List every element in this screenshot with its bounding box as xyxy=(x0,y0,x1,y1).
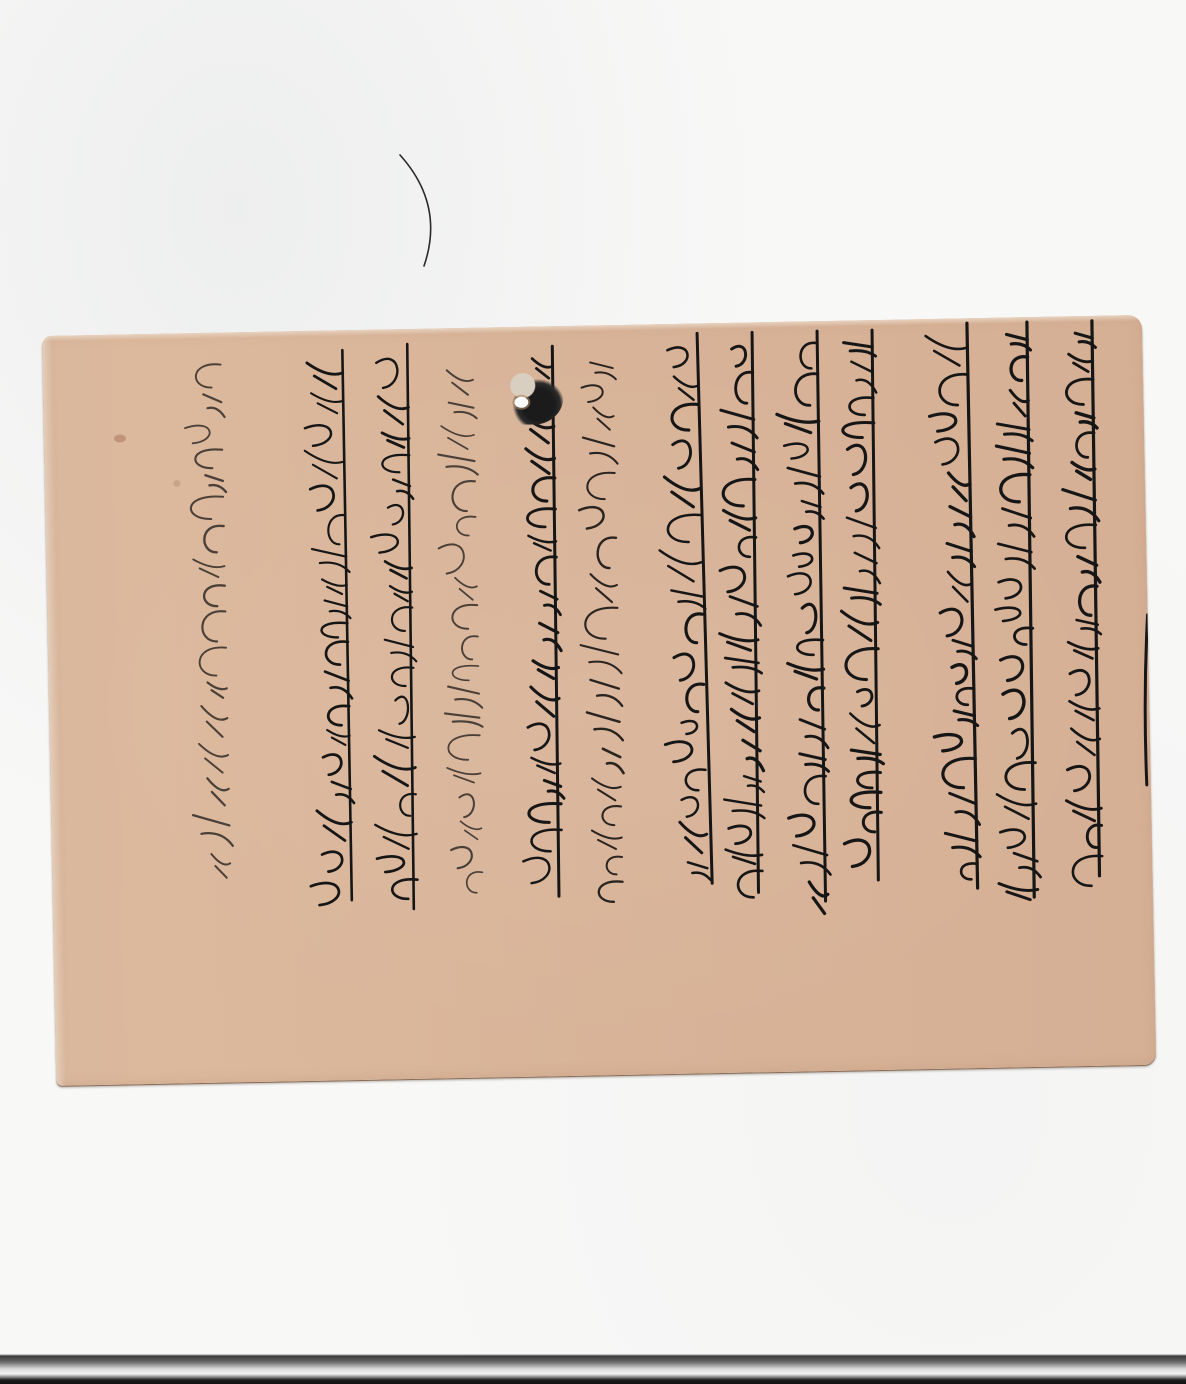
text-line-1 xyxy=(184,364,234,878)
text-line-10 xyxy=(835,330,886,881)
text-line-7 xyxy=(655,333,712,884)
text-line-12 xyxy=(988,322,1041,900)
text-line-2 xyxy=(301,350,356,905)
text-line-8 xyxy=(714,332,766,898)
handwritten-text-lines xyxy=(42,315,1156,1086)
text-line-9 xyxy=(775,331,831,914)
text-line-5 xyxy=(513,346,565,897)
text-line-11 xyxy=(925,323,980,889)
postcard xyxy=(42,315,1156,1086)
text-line-13 xyxy=(1057,321,1106,886)
text-line-4 xyxy=(435,370,486,894)
scanner-edge xyxy=(0,1354,1186,1384)
text-line-6 xyxy=(575,362,626,902)
text-line-3 xyxy=(366,344,421,910)
